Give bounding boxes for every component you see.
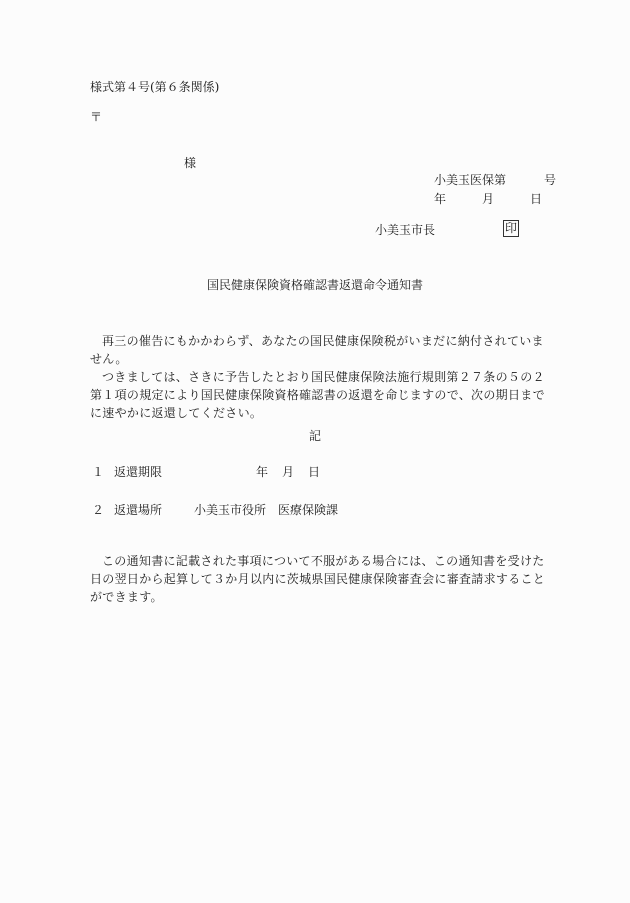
document-number: 小美玉医保第号 [434, 173, 556, 187]
addressee-suffix: 様 [184, 156, 196, 170]
ki-heading: 記 [0, 429, 630, 443]
body-paragraph: 再三の催告にもかかわらず、あなたの国民健康保険税がいまだに納付されていません。 [90, 332, 556, 368]
deadline-year: 年 [256, 465, 282, 479]
item-number: １ [92, 465, 114, 479]
item-return-place: ２返還場所小美玉市役所 医療保険課 [92, 503, 338, 517]
form-number: 様式第４号(第６条関係) [90, 80, 219, 94]
body-paragraph: つきましては、さきに予告したとおり国民健康保険法施行規則第２７条の５の２第１項の… [90, 368, 556, 422]
deadline-day: 日 [308, 465, 320, 479]
date-day: 日 [530, 192, 542, 206]
seal-mark: 印 [503, 220, 519, 237]
item-label: 返還場所 [114, 503, 194, 517]
date-month: 月 [482, 192, 530, 206]
document-title: 国民健康保険資格確認書返還命令通知書 [0, 278, 630, 292]
item-number: ２ [92, 503, 114, 517]
document-date: 年月日 [434, 192, 542, 206]
deadline-month: 月 [282, 465, 308, 479]
date-year: 年 [434, 192, 482, 206]
item-return-deadline: １返還期限年月日 [92, 465, 320, 479]
document-number-suffix: 号 [544, 173, 556, 187]
item-value: 小美玉市役所 医療保険課 [194, 503, 338, 517]
notice-paragraph: この通知書に記載された事項について不服がある場合には、この通知書を受けた日の翌日… [90, 552, 556, 606]
appeal-notice: この通知書に記載された事項について不服がある場合には、この通知書を受けた日の翌日… [90, 552, 556, 606]
document-number-prefix: 小美玉医保第 [434, 173, 506, 187]
body-text: 再三の催告にもかかわらず、あなたの国民健康保険税がいまだに納付されていません。 … [90, 332, 556, 422]
item-label: 返還期限 [114, 465, 256, 479]
issuer-title: 小美玉市長 [375, 223, 435, 237]
postal-mark: 〒 [90, 110, 102, 124]
